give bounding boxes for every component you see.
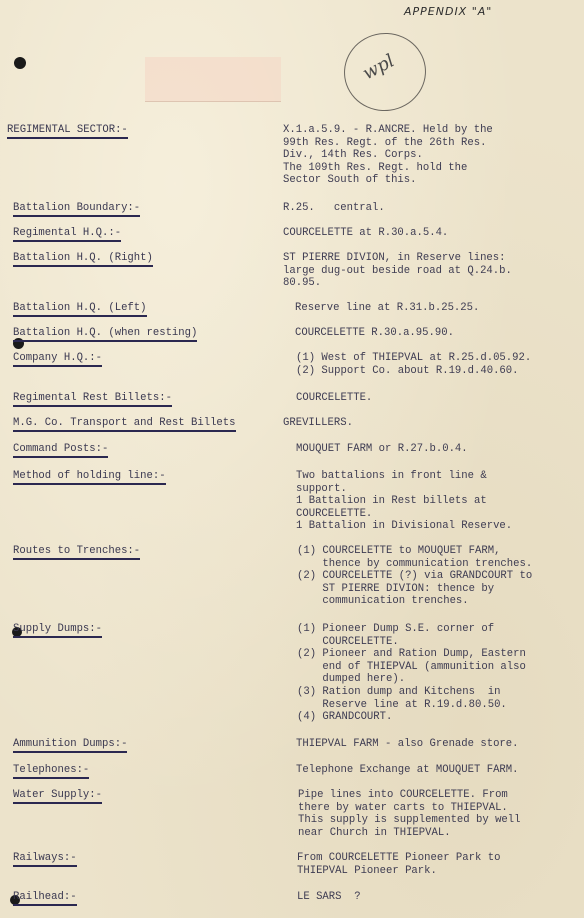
entry-label-text: Routes to Trenches:- [13, 545, 140, 560]
initials-stamp: wpl [339, 28, 431, 117]
entry-value: Reserve line at R.31.b.25.25. [295, 302, 479, 315]
stamp-initials: wpl [359, 50, 398, 84]
entry-label: Regimental Rest Billets:- [13, 392, 172, 405]
entry-label: Railhead:- [13, 891, 77, 904]
entry-value: Telephone Exchange at MOUQUET FARM. [296, 764, 519, 777]
entry-label: Railways:- [13, 852, 77, 865]
entry-value: Two battalions in front line & support. … [296, 470, 512, 533]
entry-label-text: Method of holding line:- [13, 470, 166, 485]
entry-value: (1) West of THIEPVAL at R.25.d.05.92. (2… [296, 352, 531, 377]
entry-label-text: Regimental H.Q.:- [13, 227, 121, 242]
entry-value: COURCELETTE R.30.a.95.90. [295, 327, 454, 340]
entry-label: Regimental H.Q.:- [13, 227, 121, 240]
entry-label: Routes to Trenches:- [13, 545, 140, 558]
entry-label: Command Posts:- [13, 443, 108, 456]
entry-label-text: Company H.Q.:- [13, 352, 102, 367]
entry-label-text: Telephones:- [13, 764, 89, 779]
entry-label-text: Battalion Boundary:- [13, 202, 140, 217]
entry-label-text: Railhead:- [13, 891, 77, 906]
entry-label-text: Supply Dumps:- [13, 623, 102, 638]
entry-value: COURCELETTE. [296, 392, 372, 405]
entry-label: Battalion H.Q. (Left) [13, 302, 147, 315]
entry-label-text: Battalion H.Q. (Left) [13, 302, 147, 317]
entry-value: (1) Pioneer Dump S.E. corner of COURCELE… [297, 623, 526, 724]
entry-value: X.1.a.5.9. - R.ANCRE. Held by the 99th R… [283, 124, 493, 187]
entry-value: THIEPVAL FARM - also Grenade store. [296, 738, 519, 751]
entry-label-text: Regimental Rest Billets:- [13, 392, 172, 407]
entry-label: Company H.Q.:- [13, 352, 102, 365]
entry-label: Water Supply:- [13, 789, 102, 802]
entry-value: GREVILLERS. [283, 417, 353, 430]
entry-label: Battalion H.Q. (when resting) [13, 327, 197, 340]
entry-label-text: Railways:- [13, 852, 77, 867]
entry-value: MOUQUET FARM or R.27.b.0.4. [296, 443, 468, 456]
entry-label: Battalion Boundary:- [13, 202, 140, 215]
entry-value: R.25. central. [283, 202, 385, 215]
entry-value: Pipe lines into COURCELETTE. From there … [298, 789, 521, 839]
entry-label: Ammunition Dumps:- [13, 738, 127, 751]
entry-label-text: REGIMENTAL SECTOR:- [7, 124, 128, 139]
tape-residue [145, 57, 281, 102]
entry-label-text: Battalion H.Q. (Right) [13, 252, 153, 267]
entry-label: Method of holding line:- [13, 470, 166, 483]
entry-label: Supply Dumps:- [13, 623, 102, 636]
entry-label: Telephones:- [13, 764, 89, 777]
entry-label: Battalion H.Q. (Right) [13, 252, 153, 265]
entry-value: ST PIERRE DIVION, in Reserve lines: larg… [283, 252, 512, 290]
entry-label-text: Water Supply:- [13, 789, 102, 804]
entry-label-text: Ammunition Dumps:- [13, 738, 127, 753]
entry-label: REGIMENTAL SECTOR:- [7, 124, 128, 137]
entry-label-text: Command Posts:- [13, 443, 108, 458]
appendix-heading: APPENDIX "A" [404, 5, 492, 18]
entry-value: From COURCELETTE Pioneer Park to THIEPVA… [297, 852, 500, 877]
entry-label: M.G. Co. Transport and Rest Billets [13, 417, 236, 430]
entry-label-text: M.G. Co. Transport and Rest Billets [13, 417, 236, 432]
entry-label-text: Battalion H.Q. (when resting) [13, 327, 197, 342]
entry-value: (1) COURCELETTE to MOUQUET FARM, thence … [297, 545, 532, 608]
punch-hole-icon [14, 57, 26, 69]
entry-value: COURCELETTE at R.30.a.5.4. [283, 227, 448, 240]
entry-value: LE SARS ? [297, 891, 361, 904]
